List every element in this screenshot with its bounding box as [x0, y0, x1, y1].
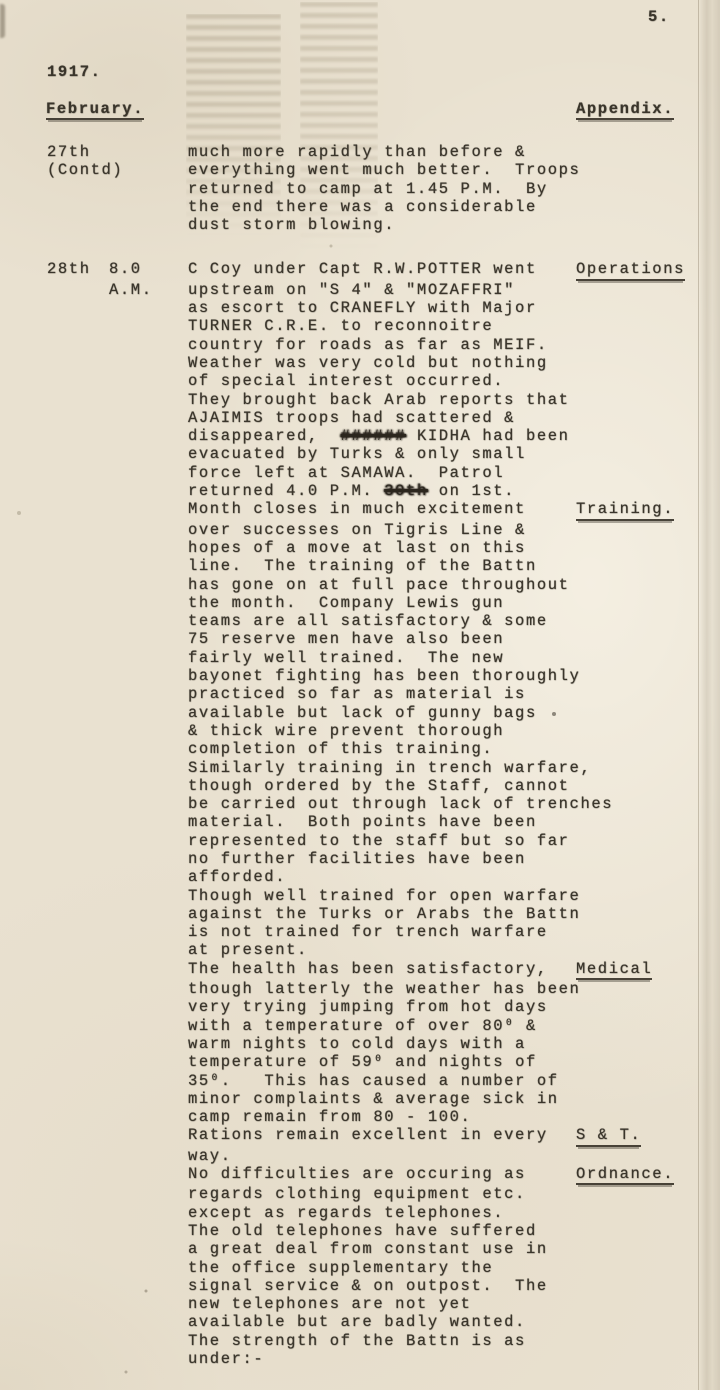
- body-text: warm nights to cold days with a: [188, 1035, 576, 1053]
- body-text: of special interest occurred.: [188, 372, 576, 390]
- diary-line: though latterly the weather has been: [0, 980, 720, 998]
- diary-line: temperature of 59⁰ and nights of: [0, 1053, 720, 1071]
- body-text: The strength of the Battn is as: [188, 1332, 576, 1350]
- diary-line: the end there was a considerable: [0, 198, 720, 216]
- body-text: dust storm blowing.: [188, 216, 576, 234]
- text-segment: warm nights to cold days with a: [188, 1035, 526, 1053]
- text-segment: at present.: [188, 941, 308, 959]
- body-text: against the Turks or Arabs the Battn: [188, 905, 576, 923]
- diary-line: regards clothing equipment etc.: [0, 1185, 720, 1203]
- text-segment: against the Turks or Arabs the Battn: [188, 905, 580, 923]
- text-segment: though latterly the weather has been: [188, 980, 580, 998]
- diary-line: minor complaints & average sick in: [0, 1090, 720, 1108]
- diary-line: except as regards telephones.: [0, 1204, 720, 1222]
- body-text: minor complaints & average sick in: [188, 1090, 576, 1108]
- text-segment: afforded.: [188, 868, 286, 886]
- diary-line: A.M.upstream on "S 4" & "MOZAFFRI": [0, 281, 720, 299]
- text-segment: with a temperature of over 80⁰ &: [188, 1017, 537, 1035]
- page-number: 5.: [648, 8, 670, 26]
- struck-text: 30th: [384, 482, 428, 500]
- margin-note-cell: Medical: [576, 960, 720, 980]
- diary-line: is not trained for trench warfare: [0, 923, 720, 941]
- body-text: temperature of 59⁰ and nights of: [188, 1053, 576, 1071]
- text-segment: everything went much better. Troops: [188, 161, 580, 179]
- margin-note-cell: Training.: [576, 500, 720, 520]
- text-segment: fairly well trained. The new: [188, 649, 504, 667]
- text-segment: AJAIMIS troops had scattered &: [188, 409, 515, 427]
- diary-line: bayonet fighting has been thoroughly: [0, 667, 720, 685]
- text-segment: hopes of a move at last on this: [188, 539, 526, 557]
- body-text: Rations remain excellent in every: [188, 1126, 576, 1144]
- body-text: a great deal from constant use in: [188, 1240, 576, 1258]
- diary-line: though ordered by the Staff, cannot: [0, 777, 720, 795]
- body-text: though ordered by the Staff, cannot: [188, 777, 576, 795]
- text-segment: force left at SAMAWA. Patrol: [188, 464, 504, 482]
- diary-line: (Contd)everything went much better. Troo…: [0, 161, 720, 179]
- body-text: Weather was very cold but nothing: [188, 354, 576, 372]
- text-segment: way.: [188, 1147, 232, 1165]
- body-text: The old telephones have suffered: [188, 1222, 576, 1240]
- diary-line: Rations remain excellent in everyS & T.: [0, 1126, 720, 1146]
- text-segment: regards clothing equipment etc.: [188, 1185, 526, 1203]
- body-text: evacuated by Turks & only small: [188, 445, 576, 463]
- body-text: way.: [188, 1147, 576, 1165]
- body-text: though latterly the weather has been: [188, 980, 576, 998]
- diary-rows: 27thmuch more rapidly than before &(Cont…: [0, 143, 720, 1368]
- time-cell: 8.0: [109, 260, 188, 278]
- text-segment: 35⁰. This has caused a number of: [188, 1072, 559, 1090]
- body-text: as escort to CRANEFLY with Major: [188, 299, 576, 317]
- body-text: country for roads as far as MEIF.: [188, 336, 576, 354]
- diary-line: dust storm blowing.: [0, 216, 720, 234]
- margin-note-label: Operations: [576, 260, 685, 280]
- date-cell: 28th: [47, 260, 109, 278]
- body-text: force left at SAMAWA. Patrol: [188, 464, 576, 482]
- text-segment: practiced so far as material is: [188, 685, 526, 703]
- body-text: Similarly training in trench warfare,: [188, 759, 576, 777]
- text-segment: No difficulties are occuring as: [188, 1165, 526, 1183]
- diary-line: at present.: [0, 941, 720, 959]
- text-segment: The old telephones have suffered: [188, 1222, 537, 1240]
- text-segment: available but lack of gunny bags: [188, 704, 537, 722]
- text-segment: is not trained for trench warfare: [188, 923, 548, 941]
- struck-text: ######: [341, 427, 406, 445]
- text-segment: the office supplementary the: [188, 1259, 493, 1277]
- text-segment: the month. Company Lewis gun: [188, 594, 504, 612]
- body-text: the month. Company Lewis gun: [188, 594, 576, 612]
- body-text: with a temperature of over 80⁰ &: [188, 1017, 576, 1035]
- diary-line: AJAIMIS troops had scattered &: [0, 409, 720, 427]
- diary-line: signal service & on outpost. The: [0, 1277, 720, 1295]
- text-segment: C Coy under Capt R.W.POTTER went: [188, 260, 537, 278]
- diary-line: new telephones are not yet: [0, 1295, 720, 1313]
- diary-line: country for roads as far as MEIF.: [0, 336, 720, 354]
- text-segment: Though well trained for open warfare: [188, 887, 580, 905]
- body-text: C Coy under Capt R.W.POTTER went: [188, 260, 576, 278]
- diary-line: be carried out through lack of trenches: [0, 795, 720, 813]
- diary-line: The health has been satisfactory,Medical: [0, 960, 720, 980]
- text-segment: material. Both points have been: [188, 813, 537, 831]
- ink-specks: [0, 0, 2, 2]
- appendix-heading: Appendix.: [576, 100, 674, 120]
- diary-line: the office supplementary the: [0, 1259, 720, 1277]
- diary-line: afforded.: [0, 868, 720, 886]
- body-text: upstream on "S 4" & "MOZAFFRI": [188, 281, 576, 299]
- body-text: The health has been satisfactory,: [188, 960, 576, 978]
- body-text: regards clothing equipment etc.: [188, 1185, 576, 1203]
- diary-line: Though well trained for open warfare: [0, 887, 720, 905]
- diary-line: returned to camp at 1.45 P.M. By: [0, 180, 720, 198]
- diary-line: & thick wire prevent thorough: [0, 722, 720, 740]
- body-text: under:-: [188, 1350, 576, 1368]
- text-segment: TURNER C.R.E. to reconnoitre: [188, 317, 493, 335]
- body-text: available but are badly wanted.: [188, 1313, 576, 1331]
- body-text: & thick wire prevent thorough: [188, 722, 576, 740]
- diary-line: over successes on Tigris Line &: [0, 521, 720, 539]
- text-segment: be carried out through lack of trenches: [188, 795, 613, 813]
- diary-line: Similarly training in trench warfare,: [0, 759, 720, 777]
- text-segment: signal service & on outpost. The: [188, 1277, 548, 1295]
- body-text: the office supplementary the: [188, 1259, 576, 1277]
- diary-line: No difficulties are occuring asOrdnance.: [0, 1165, 720, 1185]
- text-segment: The health has been satisfactory,: [188, 960, 548, 978]
- diary-line: has gone on at full pace throughout: [0, 576, 720, 594]
- diary-line: They brought back Arab reports that: [0, 391, 720, 409]
- diary-line: 28th8.0C Coy under Capt R.W.POTTER wentO…: [0, 260, 720, 280]
- diary-line: Weather was very cold but nothing: [0, 354, 720, 372]
- month-heading-label: February.: [46, 100, 144, 120]
- diary-line: warm nights to cold days with a: [0, 1035, 720, 1053]
- diary-line: hopes of a move at last on this: [0, 539, 720, 557]
- date-cell: 27th: [47, 143, 109, 161]
- text-segment: dust storm blowing.: [188, 216, 395, 234]
- diary-line: 75 reserve men have also been: [0, 630, 720, 648]
- text-segment: evacuated by Turks & only small: [188, 445, 526, 463]
- text-segment: bayonet fighting has been thoroughly: [188, 667, 580, 685]
- text-segment: Rations remain excellent in every: [188, 1126, 548, 1144]
- body-text: No difficulties are occuring as: [188, 1165, 576, 1183]
- diary-line: force left at SAMAWA. Patrol: [0, 464, 720, 482]
- body-text: afforded.: [188, 868, 576, 886]
- body-text: returned 4.0 P.M. 30th on 1st.: [188, 482, 576, 500]
- text-segment: returned to camp at 1.45 P.M. By: [188, 180, 548, 198]
- body-text: everything went much better. Troops: [188, 161, 576, 179]
- body-text: material. Both points have been: [188, 813, 576, 831]
- body-text: bayonet fighting has been thoroughly: [188, 667, 576, 685]
- margin-note-label: S & T.: [576, 1126, 641, 1146]
- diary-line: a great deal from constant use in: [0, 1240, 720, 1258]
- text-segment: minor complaints & average sick in: [188, 1090, 559, 1108]
- body-text: signal service & on outpost. The: [188, 1277, 576, 1295]
- text-segment: represented to the staff but so far: [188, 832, 570, 850]
- body-text: returned to camp at 1.45 P.M. By: [188, 180, 576, 198]
- body-text: practiced so far as material is: [188, 685, 576, 703]
- text-segment: much more rapidly than before &: [188, 143, 526, 161]
- text-segment: a great deal from constant use in: [188, 1240, 548, 1258]
- diary-line: The strength of the Battn is as: [0, 1332, 720, 1350]
- diary-line: the month. Company Lewis gun: [0, 594, 720, 612]
- text-segment: on 1st.: [428, 482, 515, 500]
- text-segment: as escort to CRANEFLY with Major: [188, 299, 537, 317]
- margin-note-cell: S & T.: [576, 1126, 720, 1146]
- text-segment: new telephones are not yet: [188, 1295, 471, 1313]
- paragraph-gap: [0, 234, 720, 260]
- diary-line: line. The training of the Battn: [0, 557, 720, 575]
- diary-line: available but are badly wanted.: [0, 1313, 720, 1331]
- body-text: fairly well trained. The new: [188, 649, 576, 667]
- text-segment: under:-: [188, 1350, 264, 1368]
- appendix-heading-label: Appendix.: [576, 100, 674, 120]
- body-text: is not trained for trench warfare: [188, 923, 576, 941]
- diary-line: The old telephones have suffered: [0, 1222, 720, 1240]
- text-segment: disappeared,: [188, 427, 341, 445]
- body-text: TURNER C.R.E. to reconnoitre: [188, 317, 576, 335]
- body-text: Though well trained for open warfare: [188, 887, 576, 905]
- body-text: very trying jumping from hot days: [188, 998, 576, 1016]
- diary-line: represented to the staff but so far: [0, 832, 720, 850]
- body-text: much more rapidly than before &: [188, 143, 576, 161]
- body-text: 35⁰. This has caused a number of: [188, 1072, 576, 1090]
- diary-line: material. Both points have been: [0, 813, 720, 831]
- diary-line: under:-: [0, 1350, 720, 1368]
- diary-line: available but lack of gunny bags: [0, 704, 720, 722]
- diary-line: Month closes in much excitementTraining.: [0, 500, 720, 520]
- body-text: hopes of a move at last on this: [188, 539, 576, 557]
- diary-line: as escort to CRANEFLY with Major: [0, 299, 720, 317]
- margin-note-label: Medical: [576, 960, 652, 980]
- body-text: Month closes in much excitement: [188, 500, 576, 518]
- body-text: new telephones are not yet: [188, 1295, 576, 1313]
- margin-note-cell: Operations: [576, 260, 720, 280]
- war-diary-page: 5. 1917. February. Appendix. 27thmuch mo…: [0, 0, 720, 1390]
- text-segment: & thick wire prevent thorough: [188, 722, 504, 740]
- body-text: except as regards telephones.: [188, 1204, 576, 1222]
- text-segment: though ordered by the Staff, cannot: [188, 777, 570, 795]
- text-segment: very trying jumping from hot days: [188, 998, 548, 1016]
- diary-line: evacuated by Turks & only small: [0, 445, 720, 463]
- text-segment: The strength of the Battn is as: [188, 1332, 526, 1350]
- diary-line: no further facilities have been: [0, 850, 720, 868]
- diary-line: way.: [0, 1147, 720, 1165]
- diary-line: 35⁰. This has caused a number of: [0, 1072, 720, 1090]
- body-text: be carried out through lack of trenches: [188, 795, 576, 813]
- text-segment: line. The training of the Battn: [188, 557, 537, 575]
- diary-line: completion of this training.: [0, 740, 720, 758]
- margin-note-label: Ordnance.: [576, 1165, 674, 1185]
- text-segment: KIDHA had been: [406, 427, 570, 445]
- text-segment: upstream on "S 4" & "MOZAFFRI": [188, 281, 515, 299]
- body-text: teams are all satisfactory & some: [188, 612, 576, 630]
- diary-line: TURNER C.R.E. to reconnoitre: [0, 317, 720, 335]
- diary-line: teams are all satisfactory & some: [0, 612, 720, 630]
- text-segment: the end there was a considerable: [188, 198, 537, 216]
- text-segment: country for roads as far as MEIF.: [188, 336, 548, 354]
- text-segment: Month closes in much excitement: [188, 500, 526, 518]
- body-text: completion of this training.: [188, 740, 576, 758]
- diary-line: camp remain from 80 - 100.: [0, 1108, 720, 1126]
- diary-line: disappeared, ###### KIDHA had been: [0, 427, 720, 445]
- text-segment: of special interest occurred.: [188, 372, 504, 390]
- body-text: line. The training of the Battn: [188, 557, 576, 575]
- time-cell: A.M.: [109, 281, 188, 299]
- body-text: over successes on Tigris Line &: [188, 521, 576, 539]
- diary-line: returned 4.0 P.M. 30th on 1st.: [0, 482, 720, 500]
- diary-line: fairly well trained. The new: [0, 649, 720, 667]
- diary-line: of special interest occurred.: [0, 372, 720, 390]
- body-text: at present.: [188, 941, 576, 959]
- text-segment: no further facilities have been: [188, 850, 526, 868]
- paper-corner-mark: [0, 4, 5, 38]
- body-text: has gone on at full pace throughout: [188, 576, 576, 594]
- text-segment: camp remain from 80 - 100.: [188, 1108, 471, 1126]
- text-segment: 75 reserve men have also been: [188, 630, 504, 648]
- text-segment: Weather was very cold but nothing: [188, 354, 548, 372]
- date-cell: (Contd): [47, 161, 109, 179]
- body-text: available but lack of gunny bags: [188, 704, 576, 722]
- text-segment: over successes on Tigris Line &: [188, 521, 526, 539]
- text-segment: has gone on at full pace throughout: [188, 576, 570, 594]
- text-segment: completion of this training.: [188, 740, 493, 758]
- diary-line: very trying jumping from hot days: [0, 998, 720, 1016]
- body-text: the end there was a considerable: [188, 198, 576, 216]
- body-text: no further facilities have been: [188, 850, 576, 868]
- body-text: 75 reserve men have also been: [188, 630, 576, 648]
- body-text: disappeared, ###### KIDHA had been: [188, 427, 576, 445]
- diary-line: with a temperature of over 80⁰ &: [0, 1017, 720, 1035]
- body-text: They brought back Arab reports that: [188, 391, 576, 409]
- margin-note-cell: Ordnance.: [576, 1165, 720, 1185]
- margin-note-label: Training.: [576, 500, 674, 520]
- diary-line: against the Turks or Arabs the Battn: [0, 905, 720, 923]
- text-segment: available but are badly wanted.: [188, 1313, 526, 1331]
- text-segment: Similarly training in trench warfare,: [188, 759, 591, 777]
- body-text: camp remain from 80 - 100.: [188, 1108, 576, 1126]
- text-segment: teams are all satisfactory & some: [188, 612, 548, 630]
- month-heading: February.: [46, 100, 144, 120]
- text-segment: They brought back Arab reports that: [188, 391, 570, 409]
- year-heading: 1917.: [47, 63, 102, 81]
- text-segment: returned 4.0 P.M.: [188, 482, 384, 500]
- text-segment: temperature of 59⁰ and nights of: [188, 1053, 537, 1071]
- text-segment: except as regards telephones.: [188, 1204, 504, 1222]
- diary-line: practiced so far as material is: [0, 685, 720, 703]
- body-text: represented to the staff but so far: [188, 832, 576, 850]
- diary-line: 27thmuch more rapidly than before &: [0, 143, 720, 161]
- body-text: AJAIMIS troops had scattered &: [188, 409, 576, 427]
